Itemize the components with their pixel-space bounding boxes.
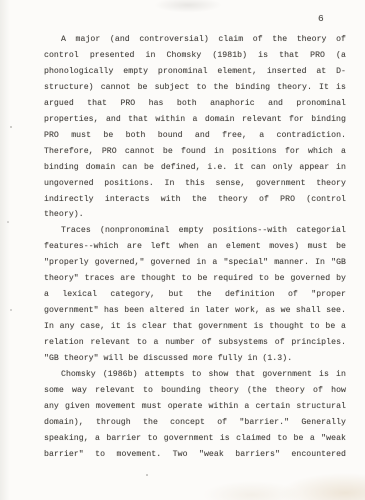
text-line: Chomsky (1986b) attempts to show that go… — [44, 367, 346, 383]
paragraph: A major (and controversial) claim of the… — [44, 32, 346, 223]
text-line: domain), through the concept of "barrier… — [44, 415, 346, 431]
text-line: any given movement must operate within a… — [44, 399, 346, 415]
text-line: relation relevant to a number of subsyst… — [44, 335, 346, 351]
text-line: "GB theory" will be discussed more fully… — [44, 351, 346, 367]
page-number: 6 — [318, 13, 324, 24]
text-line: "properly governed," governed in a "spec… — [44, 255, 346, 271]
text-line: In any case, it is clear that government… — [44, 319, 346, 335]
text-line: phonologically empty pronominal element,… — [44, 64, 346, 80]
text-line: theory). — [44, 207, 346, 223]
document-page: 6 A major (and controversial) claim of t… — [0, 0, 365, 500]
text-line: barrier" to movement. Two "weak barriers… — [44, 447, 346, 463]
text-line: structure) cannot be subject to the bind… — [44, 80, 346, 96]
text-line: argued that PRO has both anaphoric and p… — [44, 96, 346, 112]
text-line: some way relevant to bounding theory (th… — [44, 383, 346, 399]
text-line: features--which are left when an element… — [44, 239, 346, 255]
text-line: A major (and controversial) claim of the… — [44, 32, 346, 48]
scan-speck — [7, 221, 9, 223]
text-line: Therefore, PRO cannot be found in positi… — [44, 144, 346, 160]
paragraph: Traces (nonpronominal empty positions--w… — [44, 223, 346, 367]
scan-speck — [10, 126, 12, 128]
text-line: control presented in Chomsky (1981b) is … — [44, 48, 346, 64]
text-line: government" has been altered in later wo… — [44, 303, 346, 319]
text-line: theory" traces are thought to be require… — [44, 271, 346, 287]
scan-speck — [146, 474, 148, 476]
text-line: ungoverned positions. In this sense, gov… — [44, 176, 346, 192]
text-line: indirectly interacts with the theory of … — [44, 192, 346, 208]
scan-speck — [10, 309, 12, 311]
text-line: a lexical category, but the definition o… — [44, 287, 346, 303]
text-line: Traces (nonpronominal empty positions--w… — [44, 223, 346, 239]
text-line: PRO must be both bound and free, a contr… — [44, 128, 346, 144]
text-line: speaking, a barrier to government is cla… — [44, 431, 346, 447]
text-line: binding domain can be defined, i.e. it c… — [44, 160, 346, 176]
page-body: A major (and controversial) claim of the… — [44, 32, 346, 463]
paragraph: Chomsky (1986b) attempts to show that go… — [44, 367, 346, 463]
text-line: properties, and that within a domain rel… — [44, 112, 346, 128]
